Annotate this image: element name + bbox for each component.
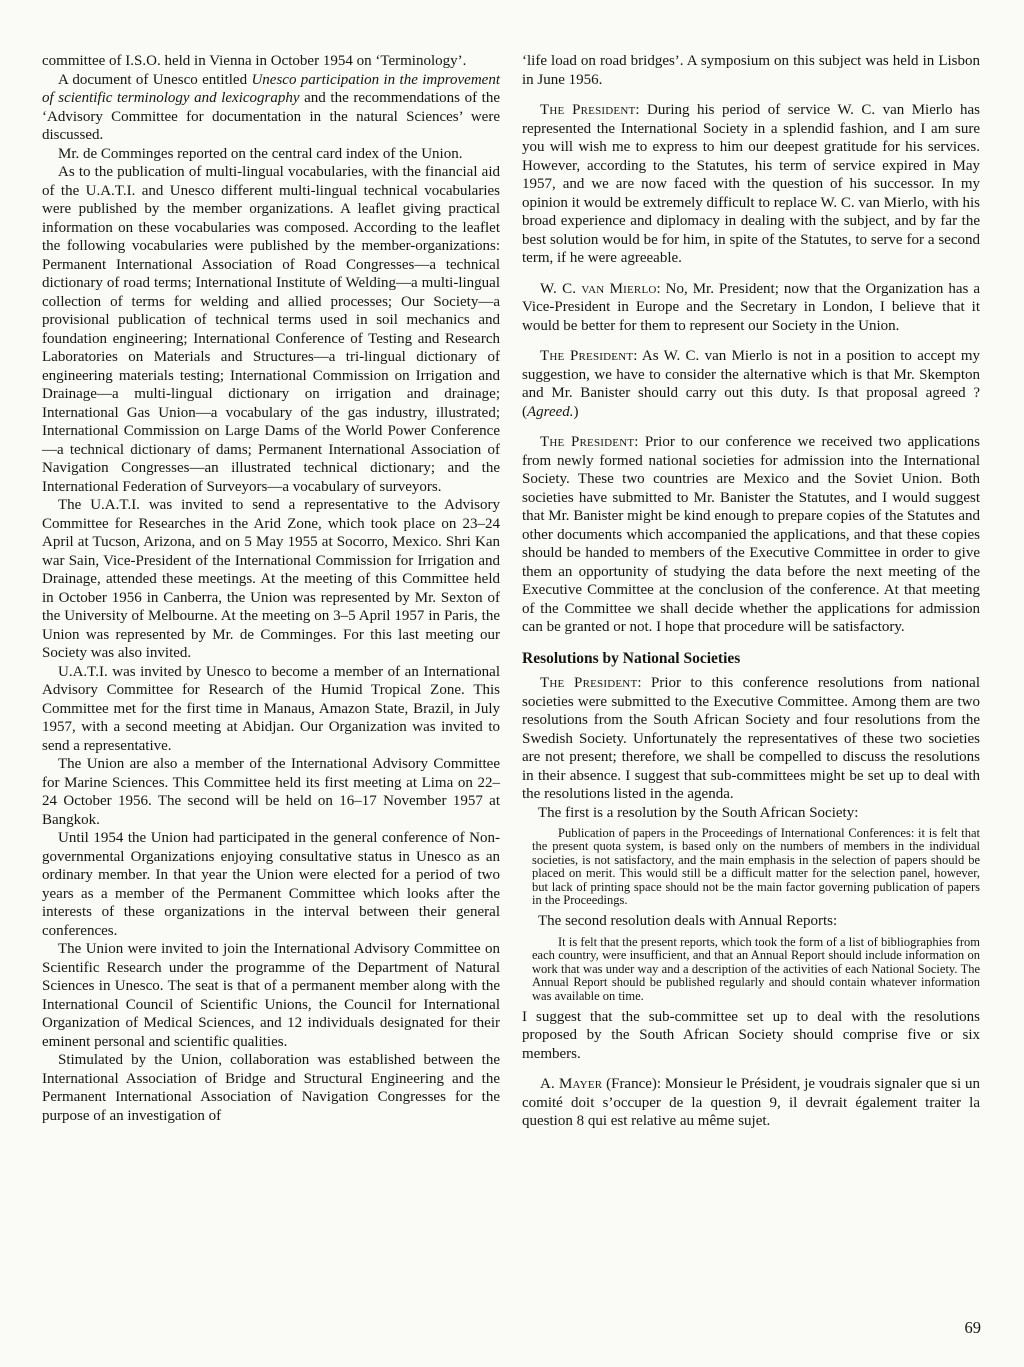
right-column: ‘life load on road bridges’. A symposium… [522, 52, 980, 1131]
paragraph: ‘life load on road bridges’. A symposium… [522, 52, 980, 89]
paragraph: W. C. van Mierlo: No, Mr. President; now… [522, 280, 980, 336]
text-run: Mr. de Comminges reported on the central… [58, 146, 462, 162]
paragraph: Mr. de Comminges reported on the central… [42, 145, 500, 164]
paragraph: The Union were invited to join the Inter… [42, 940, 500, 1051]
paragraph: A. Mayer (France): Monsieur le Président… [522, 1075, 980, 1131]
text-run: The second resolution deals with Annual … [538, 913, 837, 929]
text-run: The Union are also a member of the Inter… [42, 756, 500, 828]
speaker-name: The President [540, 102, 635, 118]
speaker-name: The President [540, 434, 634, 450]
paragraph: committee of I.S.O. held in Vienna in Oc… [42, 52, 500, 71]
speaker-name: W. C. van Mierlo [540, 281, 657, 297]
text-run: Until 1954 the Union had participated in… [42, 830, 500, 939]
text-run: ) [574, 404, 579, 420]
text-run: I suggest that the sub-committee set up … [522, 1009, 980, 1062]
text-run: Stimulated by the Union, collaboration w… [42, 1052, 500, 1124]
paragraph: The President: Prior to this conference … [522, 674, 980, 804]
text-run: The first is a resolution by the South A… [538, 805, 858, 821]
text-run: : During his period of service W. C. van… [522, 102, 980, 266]
resolution-quote: It is felt that the present reports, whi… [532, 936, 980, 1003]
paragraph: As to the publication of multi-lingual v… [42, 163, 500, 496]
speaker-name: The President [540, 348, 633, 364]
paragraph: The President: During his period of serv… [522, 101, 980, 268]
text-run: committee of I.S.O. held in Vienna in Oc… [42, 53, 466, 69]
paragraph: The President: As W. C. van Mierlo is no… [522, 347, 980, 421]
page-number: 69 [953, 1318, 981, 1338]
paragraph: I suggest that the sub-committee set up … [522, 1008, 980, 1064]
text-run: : Prior to our conference we received tw… [522, 434, 980, 635]
speaker-name: The President [540, 675, 637, 691]
text-run: ‘life load on road bridges’. A symposium… [522, 53, 980, 88]
italic-text: Agreed. [527, 404, 574, 420]
text-run: Publication of papers in the Proceedings… [532, 826, 980, 907]
speaker-name: A. Mayer [540, 1076, 602, 1092]
document-page: committee of I.S.O. held in Vienna in Oc… [0, 0, 1024, 1367]
paragraph: Until 1954 the Union had participated in… [42, 829, 500, 940]
left-column: committee of I.S.O. held in Vienna in Oc… [42, 52, 500, 1131]
text-run: U.A.T.I. was invited by Unesco to become… [42, 664, 500, 754]
text-run: : Prior to this conference resolutions f… [522, 675, 980, 802]
text-run: A document of Unesco entitled [58, 72, 251, 88]
paragraph: The second resolution deals with Annual … [522, 912, 980, 931]
text-run: Resolutions by National Societies [522, 650, 740, 667]
text-run: The U.A.T.I. was invited to send a repre… [42, 497, 500, 661]
resolution-quote: Publication of papers in the Proceedings… [532, 827, 980, 907]
two-column-text-block: committee of I.S.O. held in Vienna in Oc… [42, 52, 980, 1131]
paragraph: The first is a resolution by the South A… [522, 804, 980, 823]
section-heading: Resolutions by National Societies [522, 650, 980, 669]
paragraph: The President: Prior to our conference w… [522, 433, 980, 637]
paragraph: U.A.T.I. was invited by Unesco to become… [42, 663, 500, 756]
text-run: It is felt that the present reports, whi… [532, 935, 980, 1003]
paragraph: The U.A.T.I. was invited to send a repre… [42, 496, 500, 663]
text-run: The Union were invited to join the Inter… [42, 941, 500, 1050]
paragraph: Stimulated by the Union, collaboration w… [42, 1051, 500, 1125]
paragraph: A document of Unesco entitled Unesco par… [42, 71, 500, 145]
paragraph: The Union are also a member of the Inter… [42, 755, 500, 829]
text-run: As to the publication of multi-lingual v… [42, 164, 500, 495]
